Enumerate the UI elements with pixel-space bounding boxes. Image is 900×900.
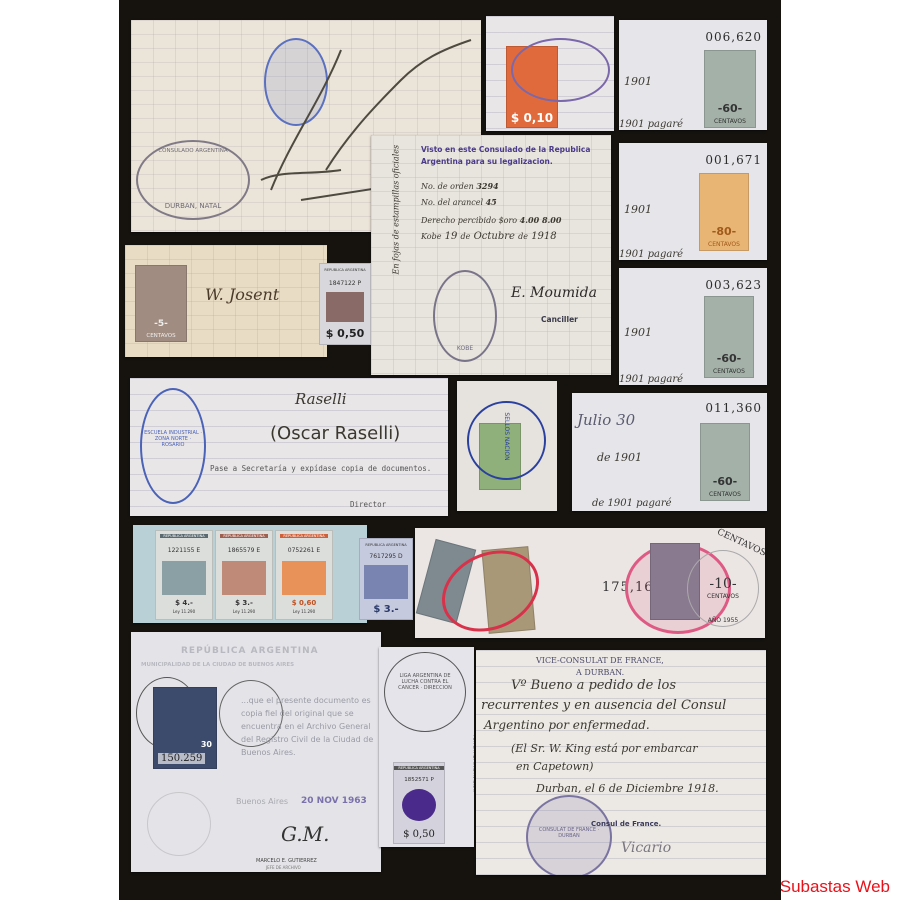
stamp-050-serial: 1847122 P	[320, 280, 370, 287]
consulat-hand1: Vº Bueno a pedido de los	[511, 678, 676, 693]
strip-stamp-3: REPUBLICA ARGENTINA 0752261 E $ 0,60 Ley…	[275, 530, 333, 620]
strip-stamp-1: REPUBLICA ARGENTINA 1221155 E $ 4.- Ley …	[155, 530, 213, 620]
pagare-unit: CENTAVOS	[705, 118, 755, 125]
order-value: 3294	[476, 181, 498, 191]
pagare-footer: de 1901 pagaré	[592, 498, 672, 509]
liga-stamp-value: $ 0,50	[394, 829, 444, 840]
vice-consulat-document: VICE-CONSULAT DE FRANCE, A DURBAN. Vº Bu…	[476, 650, 766, 875]
cert-blue-stamp: 30 150.259	[153, 687, 217, 769]
liga-cancer-document: LIGA ARGENTINA DE LUCHA CONTRA EL CANCER…	[379, 647, 474, 847]
pagare-001671: 001,671 -80- CENTAVOS 1901 1901 pagaré	[619, 143, 767, 260]
visa-role: Canciller	[541, 315, 578, 324]
strip-stamp-vignette	[222, 561, 266, 595]
stamp-050-header: REPUBLICA ARGENTINA	[320, 268, 370, 272]
visa-line2: Argentina para su legalizacion.	[421, 157, 553, 166]
strip-stamp-2: REPUBLICA ARGENTINA 1865579 E $ 3.- Ley …	[215, 530, 273, 620]
centavos-year: AÑO 1955	[688, 617, 758, 624]
cert-subtitle: MUNICIPALIDAD DE LA CIUDAD DE BUENOS AIR…	[141, 662, 294, 668]
strip-stamp-vignette	[282, 561, 326, 595]
consulat-signature: Vicario	[621, 840, 671, 856]
stamp-5-value: -5-	[136, 319, 186, 329]
strip-stamp-vignette	[162, 561, 206, 595]
centavos-unit: CENTAVOS	[688, 593, 758, 600]
raselli-signature: Raselli	[295, 390, 347, 408]
pagare-003623: 003,623 -60- CENTAVOS 1901 1901 pagaré	[619, 268, 767, 385]
liga-stamp-serial: 1852571 P	[394, 777, 444, 783]
consulat-hand5: en Capetown)	[516, 760, 593, 773]
pagare-stamp-60: -60- CENTAVOS	[700, 423, 750, 501]
cert-place: Buenos Aires	[236, 797, 288, 806]
sellos-postmark-text: SELLOS NACION	[503, 399, 510, 474]
centavos-document: 175,16 -10- CENTAVOS AÑO 1955 CENTAVOS	[415, 528, 765, 638]
pagare-value: -60-	[705, 102, 755, 115]
liga-stamp: REPUBLICA ARGENTINA 1852571 P $ 0,50	[393, 762, 445, 844]
strip-stamp-value: $ 4.-	[156, 599, 212, 607]
five-centavos-piece: -5- CENTAVOS W. Josent	[125, 245, 327, 357]
order-label: No. de orden 3294	[421, 181, 499, 191]
stamp-3-serial: 7617295 D	[360, 553, 412, 560]
five-centavos-signature: W. Josent	[205, 285, 279, 304]
strip-stamp-header: REPUBLICA ARGENTINA	[220, 534, 268, 538]
purple-cancel	[511, 38, 610, 102]
pagare-date-script: Julio 30	[577, 411, 635, 429]
stamp-050-value: $ 0,50	[320, 327, 370, 340]
pagare-stamp-80: -80- CENTAVOS	[699, 173, 749, 251]
arancel-value: 45	[486, 197, 497, 207]
strip-stamp-header: REPUBLICA ARGENTINA	[160, 534, 208, 538]
pagare-footer: 1901 pagaré	[619, 374, 683, 385]
liga-side-text: POR LA ADMINISTRACION	[472, 735, 475, 845]
visa-signature: E. Moumida	[511, 285, 597, 301]
escuela-seal-text: ESCUELA INDUSTRIAL · ZONA NORTE · ROSARI…	[144, 430, 202, 448]
pagare-006620: 006,620 -60- CENTAVOS 1901 1901 pagaré	[619, 20, 767, 130]
consulat-header2: A DURBAN.	[576, 668, 624, 677]
pagare-stamp-60: -60- CENTAVOS	[704, 50, 756, 128]
strip-stamp-header: REPUBLICA ARGENTINA	[280, 534, 328, 538]
watermark: Subastas Web	[780, 877, 890, 897]
pagare-footer: 1901 pagaré	[619, 249, 683, 260]
pagare-011360: 011,360 Julio 30 -60- CENTAVOS de 1901 d…	[572, 393, 767, 511]
raselli-role: Director	[350, 500, 386, 509]
cert-embossed-seal	[147, 792, 211, 856]
album-board: CONSULADO ARGENTINA DURBAN, NATAL $ 0,10…	[119, 0, 781, 900]
raselli-name: (Oscar Raselli)	[270, 423, 400, 444]
strip-stamp-serial: 0752261 E	[276, 547, 332, 554]
pagare-unit: CENTAVOS	[701, 491, 749, 498]
pagare-unit: CENTAVOS	[700, 241, 748, 248]
strip-stamp-serial: 1221155 E	[156, 547, 212, 554]
cert-signer: MARCELO E. GUTIERREZ	[256, 858, 317, 864]
pagare-value: -60-	[701, 475, 749, 488]
cert-stamp-value: 30	[201, 740, 212, 749]
visa-line1: Visto en este Consulado de la Republica	[421, 145, 590, 154]
liga-stamp-header: REPUBLICA ARGENTINA	[394, 766, 444, 770]
cert-stamp-serial: 150.259	[158, 753, 205, 764]
liga-stamp-vignette	[402, 789, 436, 821]
stamp-010-value: $ 0,10	[507, 111, 557, 125]
sellos-nacion-piece: SELLOS NACION	[457, 381, 557, 511]
pagare-unit: CENTAVOS	[705, 368, 753, 375]
pagare-stamp-60: -60- CENTAVOS	[704, 296, 754, 378]
consulat-header1: VICE-CONSULAT DE FRANCE,	[536, 656, 664, 665]
arancel-label: No. del arancel 45	[421, 197, 497, 207]
pagare-year: 1901	[624, 203, 652, 216]
stamp-010-piece: $ 0,10	[486, 16, 614, 131]
buenos-aires-certificate: REPÚBLICA ARGENTINA MUNICIPALIDAD DE LA …	[131, 632, 381, 872]
strip-stamp-law: Ley 11.290	[216, 609, 272, 614]
cert-title: REPÚBLICA ARGENTINA	[181, 646, 319, 656]
kobe-visa: Visto en este Consulado de la Republica …	[371, 135, 611, 375]
stamp-050-a: REPUBLICA ARGENTINA 1847122 P $ 0,50	[319, 263, 371, 345]
stamp-3-header: REPUBLICA ARGENTINA	[360, 543, 412, 547]
cert-signature: G.M.	[281, 822, 329, 846]
centavos-embossed-seal: -10- CENTAVOS AÑO 1955	[687, 550, 759, 627]
kobe-seal-text: KOBE	[435, 345, 495, 352]
consulat-seal-text: CONSULAT DE FRANCE · DURBAN	[532, 827, 606, 839]
liga-seal-text: LIGA ARGENTINA DE LUCHA CONTRA EL CANCER…	[391, 673, 459, 691]
kobe-seal: KOBE	[433, 270, 497, 362]
pagare-year: 1901	[624, 75, 652, 88]
sellos-postmark: SELLOS NACION	[467, 401, 546, 480]
stamp-3-value: $ 3.-	[360, 604, 412, 615]
stamp-5-unit: CENTAVOS	[136, 333, 186, 339]
liga-seal: LIGA ARGENTINA DE LUCHA CONTRA EL CANCER…	[384, 652, 466, 732]
stamp-strip-piece: REPUBLICA ARGENTINA 1221155 E $ 4.- Ley …	[133, 525, 367, 623]
pagare-value: -60-	[705, 352, 753, 365]
strip-stamp-value: $ 3.-	[216, 599, 272, 607]
consulat-seal: CONSULAT DE FRANCE · DURBAN	[526, 795, 612, 875]
strip-stamp-value: $ 0,60	[276, 599, 332, 607]
derecho-value: 4.00 8.00	[520, 215, 562, 225]
stamp-050-vignette	[326, 292, 364, 322]
consulat-hand3: Argentino por enfermedad.	[484, 718, 650, 732]
centavos-value: -10-	[688, 576, 758, 592]
consulat-role: Consul de France.	[591, 820, 661, 828]
strip-stamp-law: Ley 11.290	[156, 609, 212, 614]
cert-body: ...que el presente documento es copia fi…	[241, 694, 381, 759]
escuela-industrial-seal: ESCUELA INDUSTRIAL · ZONA NORTE · ROSARI…	[140, 388, 206, 504]
raselli-typed: Pase a Secretaría y expídase copia de do…	[210, 464, 431, 473]
pagare-serial: 011,360	[705, 401, 762, 415]
cert-date-stamp: 20 NOV 1963	[301, 796, 367, 806]
consulat-hand4: (El Sr. W. King está por embarcar	[511, 742, 697, 755]
cert-signer-role: JEFE DE ARCHIVO	[266, 865, 301, 870]
derecho-label: Derecho percibido $oro 4.00 8.00	[421, 215, 561, 225]
pagare-value: -80-	[700, 225, 748, 238]
stamp-3: REPUBLICA ARGENTINA 7617295 D $ 3.-	[359, 538, 413, 620]
pagare-serial: 001,671	[705, 153, 762, 167]
pagare-serial: 006,620	[705, 30, 762, 44]
stamp-3-vignette	[364, 565, 408, 599]
pagare-year: 1901	[624, 326, 652, 339]
strip-stamp-law: Ley 11.290	[276, 609, 332, 614]
consulat-hand6: Durban, el 6 de Diciembre 1918.	[536, 782, 719, 795]
strip-stamp-serial: 1865579 E	[216, 547, 272, 554]
pagare-serial: 003,623	[705, 278, 762, 292]
raselli-document: ESCUELA INDUSTRIAL · ZONA NORTE · ROSARI…	[130, 378, 448, 516]
visa-side-note: En fojas de estampillas oficiales	[392, 145, 401, 275]
consulat-hand2: recurrentes y en ausencia del Consul	[481, 698, 726, 713]
stamp-5-centavos: -5- CENTAVOS	[135, 265, 187, 342]
pagare-footer: 1901 pagaré	[619, 119, 683, 130]
visa-date: Kobe 19 de Octubre de 1918	[421, 231, 557, 242]
pagare-year: de 1901	[597, 451, 642, 464]
